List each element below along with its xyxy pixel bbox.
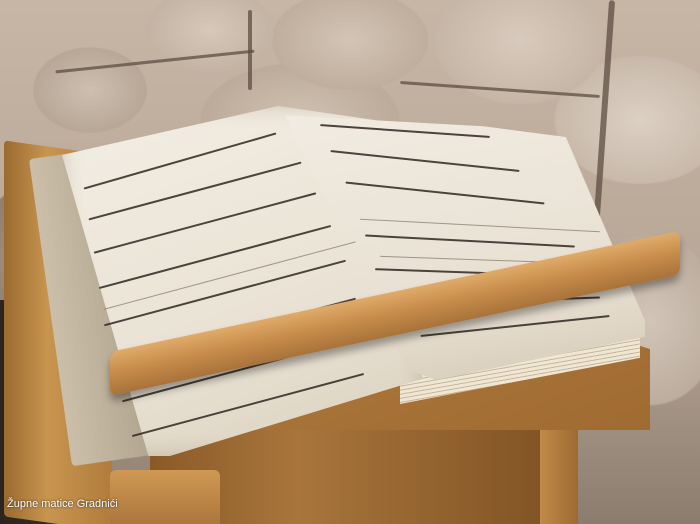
lectern-front bbox=[110, 470, 220, 524]
photo: Župne matice Gradnići bbox=[0, 0, 700, 524]
photo-caption: Župne matice Gradnići bbox=[7, 498, 118, 510]
